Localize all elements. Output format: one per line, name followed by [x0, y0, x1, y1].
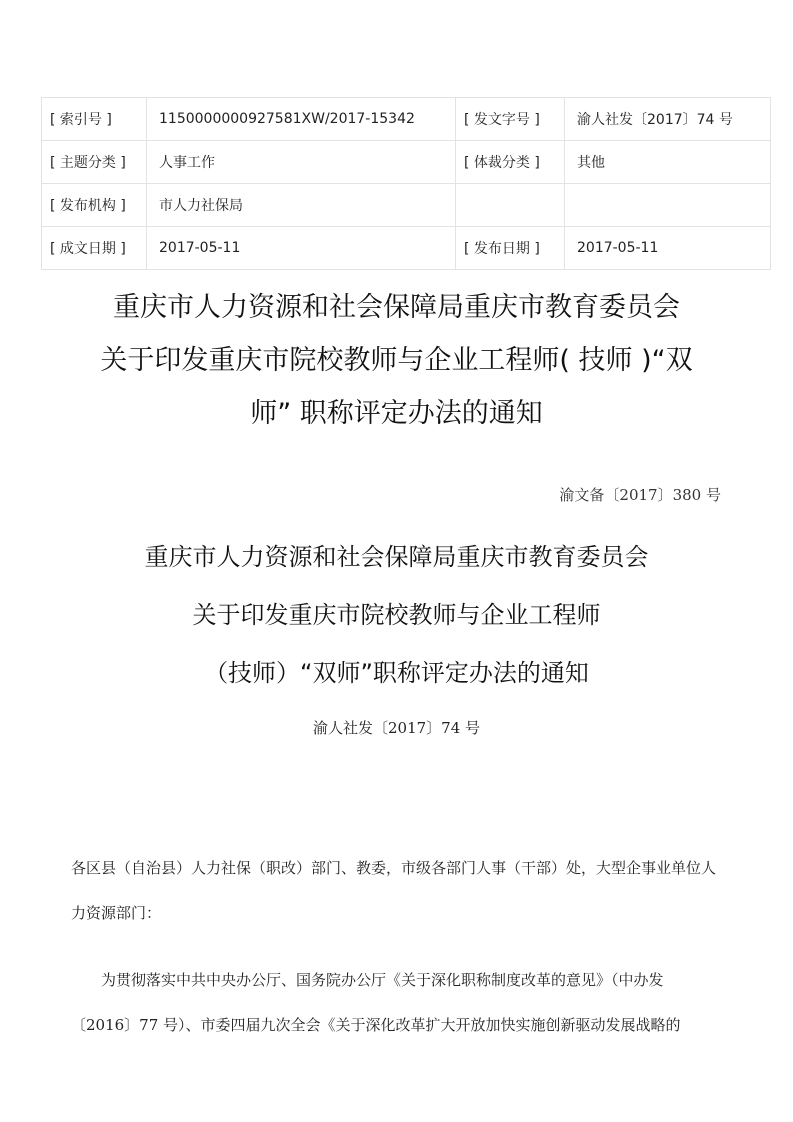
document-body: 各区县（自治县）人力社保（职改）部门、教委，市级各部门人事（干部）处，大型企事业… — [71, 846, 723, 1048]
web-title-line: 师” 职称评定办法的通知 — [0, 387, 793, 440]
document-title: 重庆市人力资源和社会保障局重庆市教育委员会 关于印发重庆市院校教师与企业工程师 … — [0, 528, 793, 702]
value-publisher: 市人力社保局 — [147, 184, 456, 227]
doc-title-line: 重庆市人力资源和社会保障局重庆市教育委员会 — [0, 528, 793, 586]
metadata-row-topic: [ 主题分类 ] 人事工作 [ 体裁分类 ] 其他 — [42, 141, 771, 184]
salutation: 各区县（自治县）人力社保（职改）部门、教委，市级各部门人事（干部）处，大型企事业… — [71, 846, 723, 936]
label-publish-date: [ 发布日期 ] — [456, 227, 565, 270]
web-title-line: 关于印发重庆市院校教师与企业工程师( 技师 )“双 — [0, 334, 793, 387]
web-page-title: 重庆市人力资源和社会保障局重庆市教育委员会 关于印发重庆市院校教师与企业工程师(… — [0, 281, 793, 440]
document-number: 渝人社发〔2017〕74 号 — [0, 717, 793, 738]
metadata-row-index-number: [ 索引号 ] 1150000000927581XW/2017-15342 [ … — [42, 98, 771, 141]
doc-title-line: （技师）“双师”职称评定办法的通知 — [0, 644, 793, 702]
metadata-row-dates: [ 成文日期 ] 2017-05-11 [ 发布日期 ] 2017-05-11 — [42, 227, 771, 270]
web-title-line: 重庆市人力资源和社会保障局重庆市教育委员会 — [0, 281, 793, 334]
document-metadata-table: [ 索引号 ] 1150000000927581XW/2017-15342 [ … — [41, 97, 771, 270]
label-written-date: [ 成文日期 ] — [42, 227, 147, 270]
value-publish-date: 2017-05-11 — [565, 227, 771, 270]
filing-number: 渝文备〔2017〕380 号 — [559, 484, 721, 505]
empty-cell — [456, 184, 565, 227]
value-written-date: 2017-05-11 — [147, 227, 456, 270]
value-index-number: 1150000000927581XW/2017-15342 — [147, 98, 456, 141]
value-topic-category: 人事工作 — [147, 141, 456, 184]
metadata-row-publisher: [ 发布机构 ] 市人力社保局 — [42, 184, 771, 227]
label-index-number: [ 索引号 ] — [42, 98, 147, 141]
doc-title-line: 关于印发重庆市院校教师与企业工程师 — [0, 586, 793, 644]
label-topic-category: [ 主题分类 ] — [42, 141, 147, 184]
label-publisher: [ 发布机构 ] — [42, 184, 147, 227]
value-genre-category: 其他 — [565, 141, 771, 184]
label-genre-category: [ 体裁分类 ] — [456, 141, 565, 184]
value-document-number: 渝人社发〔2017〕74 号 — [565, 98, 771, 141]
body-paragraph: 为贯彻落实中共中央办公厅、国务院办公厅《关于深化职称制度改革的意见》（中办发〔2… — [71, 958, 723, 1048]
label-document-number: [ 发文字号 ] — [456, 98, 565, 141]
empty-cell — [565, 184, 771, 227]
